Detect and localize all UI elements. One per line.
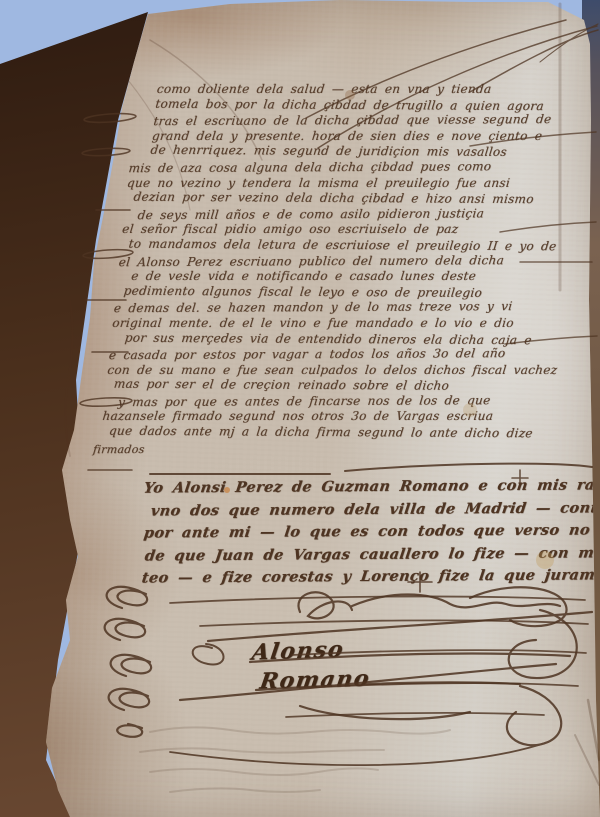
photograph: como doliente dela salud — esta en vna y… [0,0,600,817]
manuscript-line: firmados [92,439,546,457]
manuscript-line: e de vesle vida e notificando e casado l… [130,269,564,285]
manuscript-line: con de su mano e fue sean culpados lo de… [107,363,555,379]
manuscript-line: que no vezino y tendera la misma el preu… [126,176,574,192]
manuscript-line: e demas del. se hazen mandon y de lo mas… [113,299,561,317]
manuscript-line: el Alonso Perez escriuano publico del nu… [118,252,566,270]
manuscript-line: tras el escriuano de la dicha çibdad que… [153,112,581,130]
closing-line: por ante mi — lo que es con todos que ve… [142,519,579,545]
closing-line: de que Juan de Vargas cauallero lo fize … [143,542,576,568]
manuscript-line: original mente. de el le vino e fue mand… [111,316,559,332]
closing-line: Yo Alonsi Perez de Guzman Romano e con m… [142,475,585,501]
closing-line: teo — e fize corestas y Lorenço fize la … [140,564,573,590]
manuscript-line: como doliente dela salud — esta en vna y… [156,82,584,98]
manuscript-line: el señor fiscal pidio amigo oso escriuis… [121,222,569,238]
signature-romano: Romano [258,666,372,695]
closing-line: vno dos que numero dela villa de Madrid … [149,497,582,523]
manuscript-line: grand dela y presente. hora de sien dies… [151,129,579,145]
manuscript-line: y mas por que es antes de fincarse nos d… [117,393,551,411]
manuscript-line: de seys mill años e de como asilo pidier… [137,206,571,224]
manuscript-line: e casada por estos por vagar a todos los… [108,346,556,364]
manuscript-line: to mandamos dela letura de escriuiose el… [128,237,567,255]
body-text-block: como doliente dela salud — esta en vna y… [98,82,583,456]
signature-alonso: Alonso [250,636,346,665]
closing-text-block: Yo Alonsi Perez de Guzman Romano e con m… [140,475,585,590]
manuscript-line: mis de aza cosa alguna dela dicha çibdad… [128,159,576,177]
manuscript-line: hazansele firmado segund nos otros 3o de… [102,409,550,425]
